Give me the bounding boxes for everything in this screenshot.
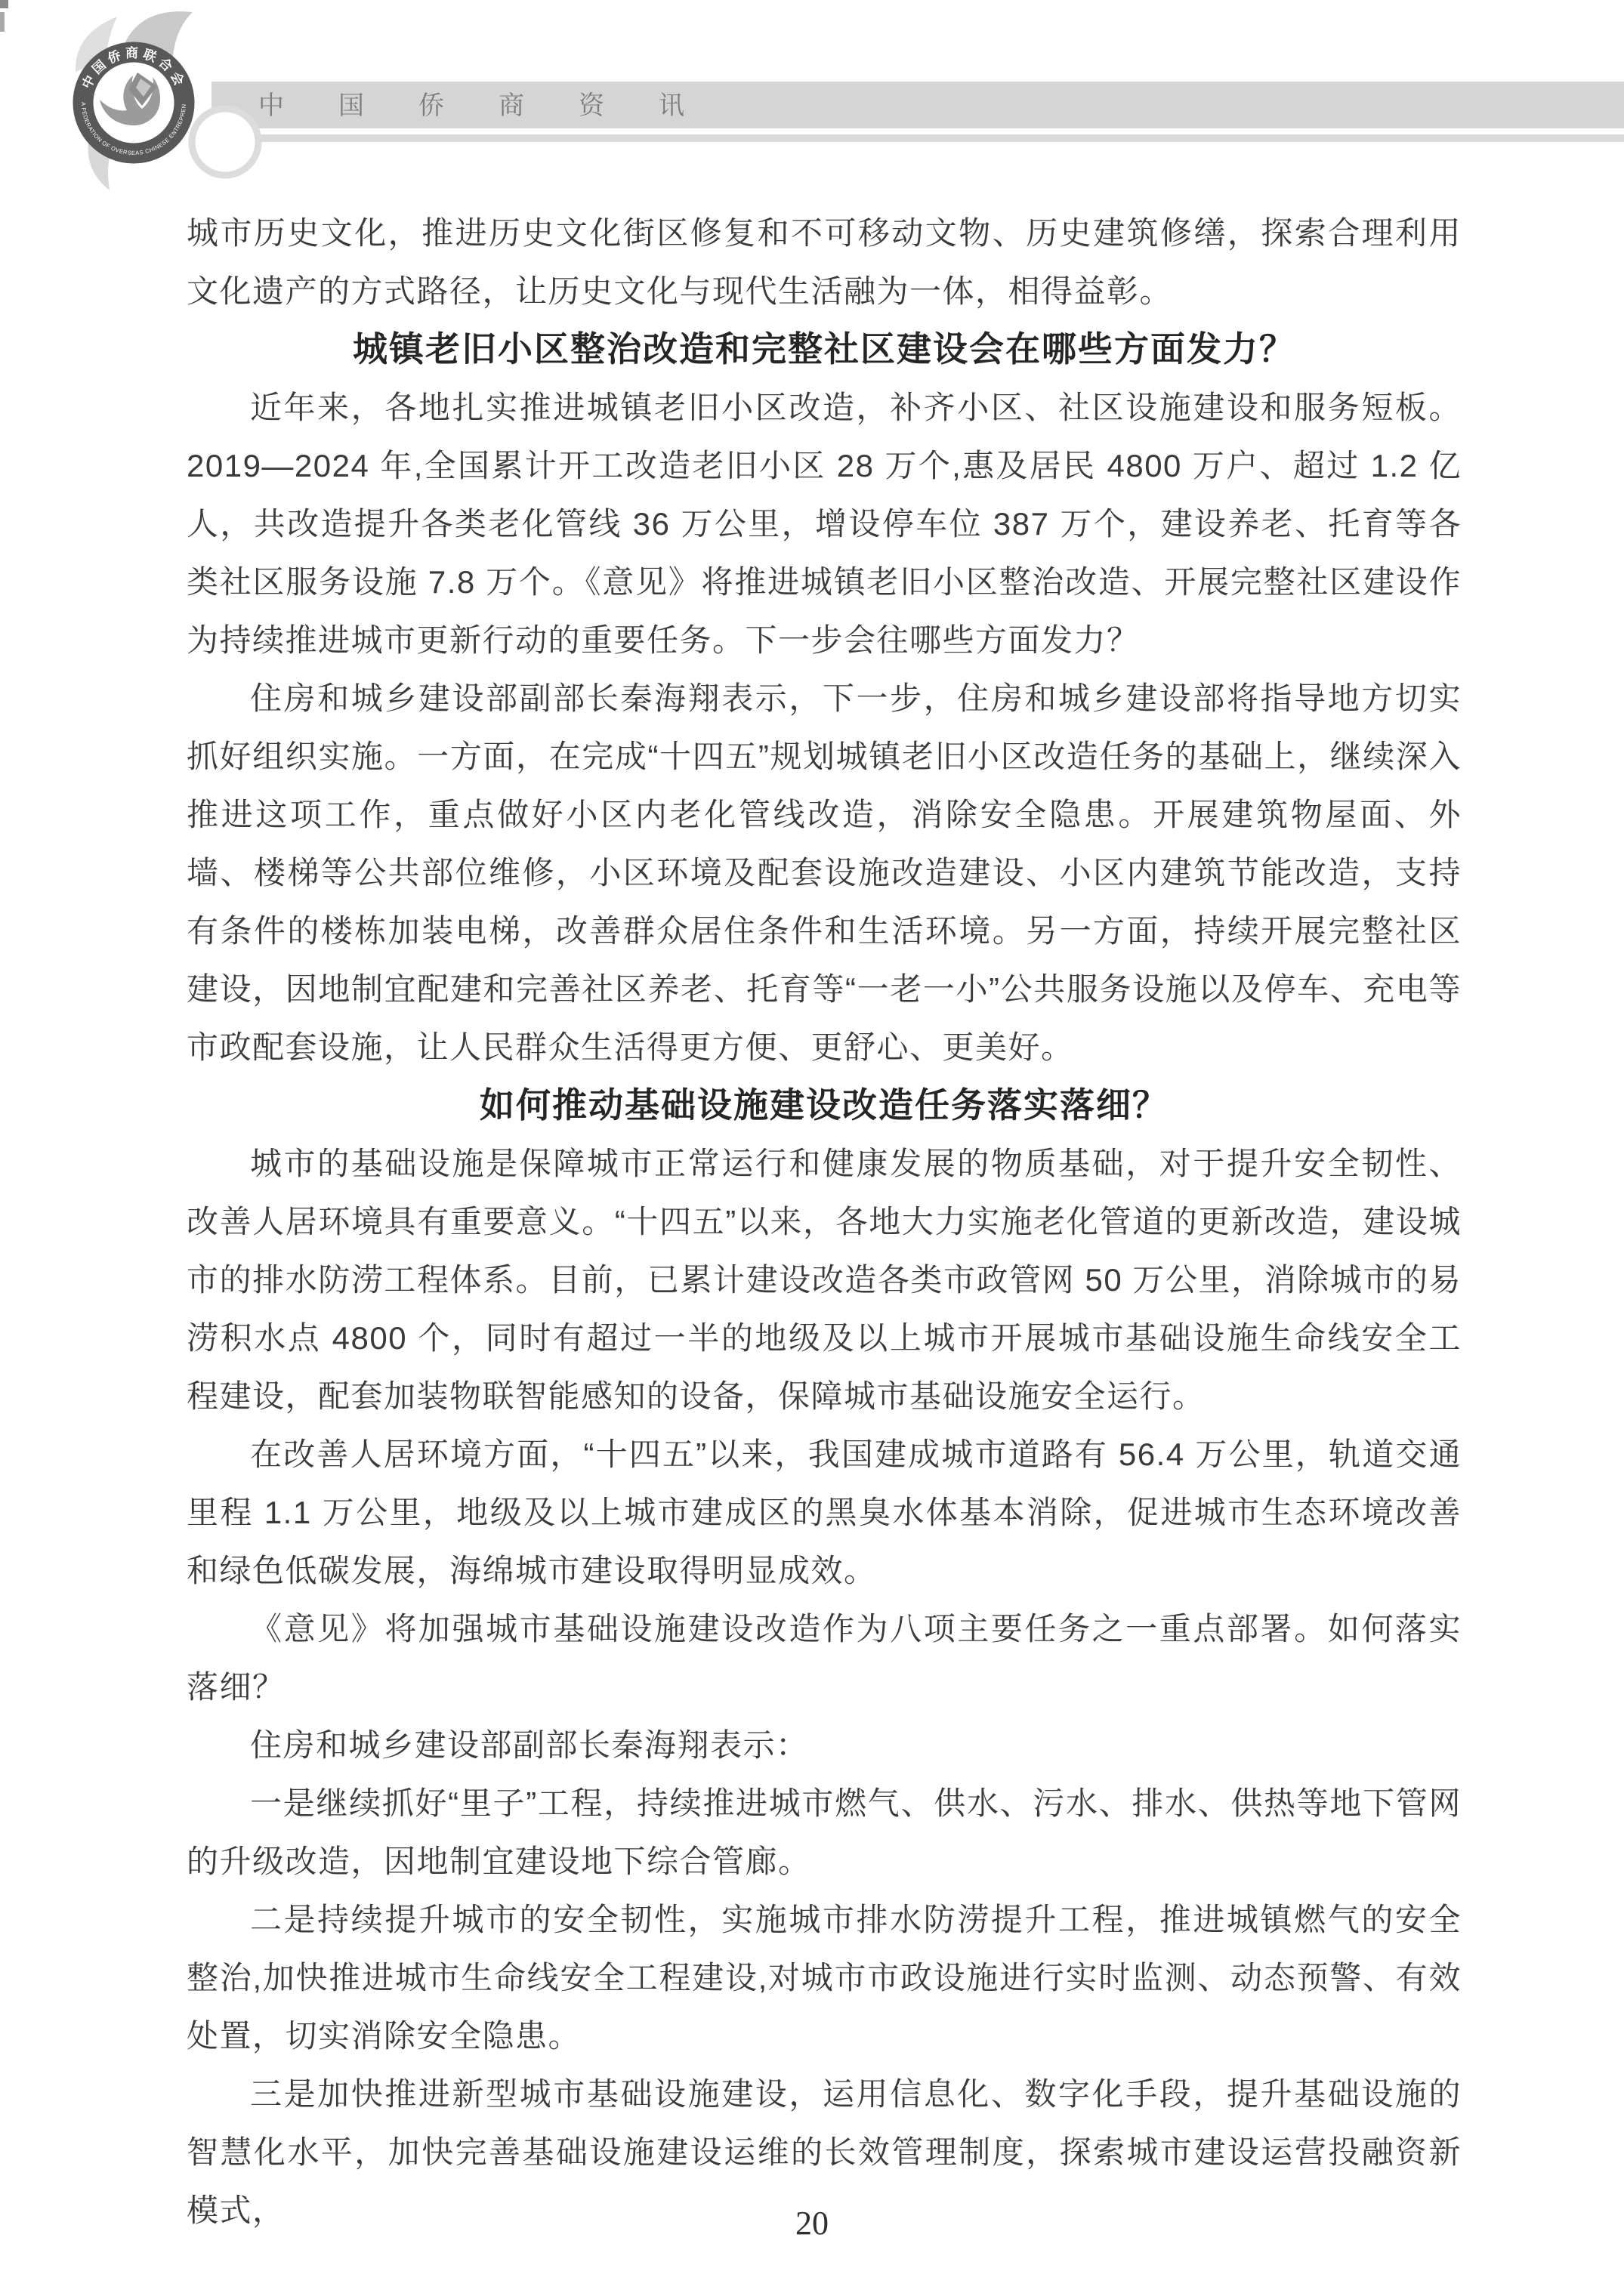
- scan-artifact: [0, 12, 5, 32]
- paragraph: 近年来，各地扎实推进城镇老旧小区改造，补齐小区、社区设施建设和服务短板。2019…: [187, 378, 1462, 669]
- outline-circle-icon: [192, 109, 258, 175]
- paragraph: 城市的基础设施是保障城市正常运行和健康发展的物质基础，对于提升安全韧性、改善人居…: [187, 1134, 1462, 1425]
- paragraph: 城市历史文化，推进历史文化街区修复和不可移动文物、历史建筑修缮，探索合理利用文化…: [187, 204, 1462, 320]
- page-number: 20: [0, 2204, 1624, 2242]
- article-body: 城市历史文化，推进历史文化街区修复和不可移动文物、历史建筑修缮，探索合理利用文化…: [187, 204, 1462, 2239]
- banner-title: 中国侨商资讯: [258, 82, 739, 128]
- paragraph: 一是继续抓好“里子”工程，持续推进城市燃气、供水、污水、排水、供热等地下管网的升…: [187, 1774, 1462, 1890]
- section-heading: 如何推动基础设施建设改造任务落实落细？: [187, 1076, 1462, 1134]
- paragraph: 住房和城乡建设部副部长秦海翔表示，下一步，住房和城乡建设部将指导地方切实抓好组织…: [187, 669, 1462, 1076]
- paragraph: 住房和城乡建设部副部长秦海翔表示：: [187, 1716, 1462, 1774]
- header-banner: 中国侨商资讯: [211, 82, 1624, 128]
- header-divider: [211, 134, 1624, 142]
- section-heading: 城镇老旧小区整治改造和完整社区建设会在哪些方面发力？: [187, 320, 1462, 378]
- paragraph: 二是持续提升城市的安全韧性，实施城市排水防涝提升工程，推进城镇燃气的安全整治,加…: [187, 1890, 1462, 2065]
- scan-artifact: [0, 0, 8, 8]
- paragraph: 《意见》将加强城市基础设施建设改造作为八项主要任务之一重点部署。如何落实落细？: [187, 1600, 1462, 1716]
- magazine-page: 中国侨商资讯 中国侨商联合会 CHINA FEDERATION OF OVERS…: [0, 0, 1624, 2293]
- federation-emblem-logo: 中国侨商联合会 CHINA FEDERATION OF OVERSEAS CHI…: [30, 0, 279, 198]
- paragraph: 在改善人居环境方面，“十四五”以来，我国建成城市道路有 56.4 万公里，轨道交…: [187, 1425, 1462, 1600]
